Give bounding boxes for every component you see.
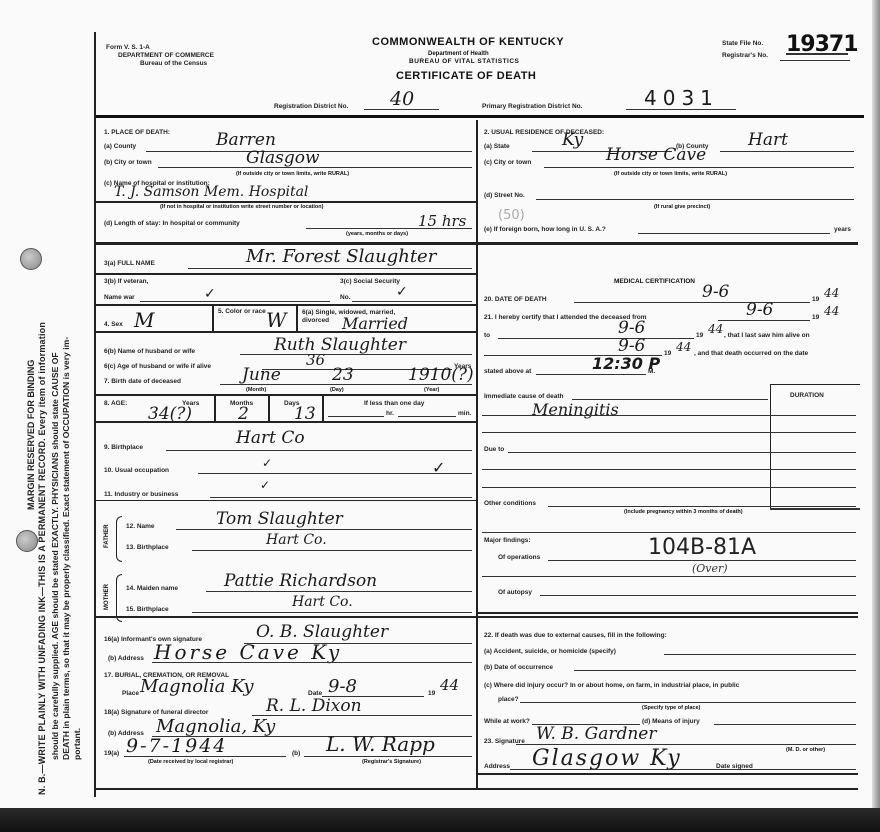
operations-line-2 — [482, 576, 856, 577]
res-state-label: (a) State — [484, 143, 510, 150]
due-to-line-2 — [482, 469, 856, 470]
last-saw-value: 9-6 — [618, 336, 645, 356]
instruction-line-4: portant. — [72, 728, 82, 760]
res-county-line — [720, 151, 854, 152]
name-divider — [96, 273, 476, 275]
res-city-note: (If outside city or town limits, write R… — [614, 171, 727, 177]
res-street-label: (d) Street No. — [484, 192, 525, 199]
ssn-label: 3(c) Social Security — [340, 278, 400, 285]
bureau-vital-statistics: BUREAU OF VITAL STATISTICS — [409, 58, 519, 65]
hospital-line — [96, 201, 476, 203]
attended-to-value: 9-6 — [618, 318, 645, 338]
res-street-line — [536, 199, 854, 200]
res-city-line — [544, 167, 854, 168]
age-label: 8. AGE: — [104, 400, 127, 407]
birth-divider — [96, 394, 476, 396]
death-city-line — [158, 167, 472, 168]
stay-note: (years, months or days) — [346, 231, 408, 237]
death-date-label: 20. DATE OF DEATH — [484, 296, 547, 303]
veteran-value: ✓ — [204, 286, 216, 302]
physician-sig-value: W. B. Gardner — [536, 724, 656, 744]
medical-divider-1 — [478, 612, 858, 614]
place-note: (Specify type of place) — [642, 705, 700, 711]
registrar-date-value: 9-7-1944 — [126, 735, 227, 757]
instruction-line-2: should be carefully supplied. AGE should… — [50, 352, 60, 760]
binding-hole-top — [20, 248, 42, 270]
bureau-census: Bureau of the Census — [140, 60, 207, 67]
page-shadow — [0, 808, 880, 832]
occurrence-line — [574, 670, 856, 671]
spouse-age-value: 36 — [306, 351, 325, 369]
mother-birthplace-value: Hart Co. — [292, 594, 353, 610]
residence-label: 2. USUAL RESIDENCE OF DECEASED: — [484, 129, 604, 136]
last-saw-year: 44 — [676, 340, 691, 354]
page-edge — [872, 0, 880, 808]
due-to-line-3 — [482, 487, 856, 488]
father-side-label: FATHER — [104, 524, 110, 548]
immediate-cause-value: Meningitis — [532, 400, 619, 419]
death-year-prefix: 19 — [812, 296, 819, 303]
birthplace-label: 9. Birthplace — [104, 444, 143, 451]
color-value: W — [266, 308, 287, 332]
medical-cert-title: MEDICAL CERTIFICATION — [614, 278, 695, 285]
other-conditions-line — [548, 506, 856, 507]
ssn-no-label: No. — [340, 294, 350, 301]
res-street-note: (If rural give precinct) — [654, 204, 710, 210]
due-to-label: Due to — [484, 446, 504, 453]
father-bracket — [116, 516, 122, 562]
reg-district-line — [364, 109, 439, 110]
to-label: to — [484, 332, 490, 339]
birthplace-value: Hart Co — [236, 428, 305, 448]
occupation-line — [198, 473, 472, 474]
operations-value: 104B-81A — [648, 535, 756, 560]
mother-birthplace-label: 15. Birthplace — [126, 606, 169, 613]
mother-name-value: Pattie Richardson — [224, 571, 377, 591]
cause-line-1 — [482, 415, 856, 416]
sex-divider — [212, 305, 214, 331]
occupation-value: ✓ — [262, 456, 272, 470]
at-work-label: While at work? — [484, 718, 530, 725]
spouse-value: Ruth Slaughter — [274, 335, 406, 355]
attended-from-year: 44 — [824, 304, 839, 318]
state-file-line — [786, 53, 848, 55]
place-of-death-label: 1. PLACE OF DEATH: — [104, 129, 170, 136]
industry-divider — [96, 500, 476, 501]
other-conditions-note: (Include pregnancy within 3 months of de… — [624, 509, 743, 515]
registrar-date-label: 19(a) — [104, 750, 119, 757]
informant-addr-label: (b) Address — [108, 655, 144, 662]
accident-label: (a) Accident, suicide, or homicide (spec… — [484, 648, 616, 655]
death-certificate-form: Form V. S. 1-A DEPARTMENT OF COMMERCE Bu… — [94, 32, 862, 797]
form-number: Form V. S. 1-A — [106, 44, 150, 51]
time-line — [536, 374, 646, 375]
burial-year-prefix: 19 — [428, 690, 435, 697]
duration-box — [770, 384, 860, 510]
certificate-page: MARGIN RESERVED FOR BINDING N. B.—WRITE … — [0, 0, 880, 808]
registrar-no-line — [780, 60, 850, 61]
mother-bracket — [116, 574, 122, 622]
ssn-value: ✓ — [396, 284, 408, 300]
spouse-label: 6(b) Name of husband or wife — [104, 348, 195, 355]
stay-line — [306, 228, 472, 229]
autopsy-label: Of autopsy — [498, 589, 532, 596]
death-city-value: Glasgow — [246, 148, 320, 168]
father-name-line — [176, 529, 472, 530]
binding-hole-bottom — [16, 530, 38, 552]
birth-label: 7. Birth date of deceased — [104, 378, 181, 385]
age-min-line — [398, 416, 456, 417]
physician-sig-note: (M. D. or other) — [786, 747, 825, 753]
department-health: Department of Health — [428, 51, 489, 57]
duration-box-bottom — [770, 508, 860, 510]
primary-district-value: 4031 — [644, 86, 719, 110]
primary-district-label: Primary Registration District No. — [482, 103, 582, 110]
sex-value: M — [134, 308, 154, 332]
death-city-label: (b) City or town — [104, 159, 152, 166]
death-year-value: 44 — [824, 286, 839, 300]
full-name-value: Mr. Forest Slaughter — [246, 246, 436, 267]
center-divider — [476, 120, 478, 790]
age-div-3 — [322, 395, 324, 421]
birth-line — [220, 384, 472, 385]
age-less-label: If less than one day — [364, 400, 424, 407]
burial-year-value: 44 — [440, 676, 459, 694]
age-div-1 — [214, 395, 216, 421]
informant-addr-value: Horse Cave Ky — [154, 640, 342, 664]
funeral-sig-value: R. L. Dixon — [266, 696, 362, 716]
attended-to-year: 44 — [708, 322, 723, 336]
form-bottom-border — [96, 788, 858, 790]
immediate-cause-label: Immediate cause of death — [484, 393, 563, 400]
physician-addr-label: Address — [484, 763, 510, 770]
res-city-value: Horse Cave — [606, 145, 706, 165]
informant-addr-line — [152, 662, 472, 663]
certificate-header: Form V. S. 1-A DEPARTMENT OF COMMERCE Bu… — [96, 32, 864, 118]
color-label: 5. Color or race — [218, 308, 266, 315]
industry-value: ✓ — [260, 478, 270, 492]
death-county-label: (a) County — [104, 143, 136, 150]
occupation-check: ✓ — [432, 458, 445, 477]
age-hr-line — [328, 416, 384, 417]
foreign-line — [638, 233, 830, 234]
funeral-sig-line — [252, 715, 472, 716]
physician-sig-line — [516, 744, 856, 745]
state-file-label: State File No. — [722, 40, 763, 47]
full-name-label: 3(a) FULL NAME — [104, 260, 155, 267]
res-state-value: Ky — [562, 130, 583, 150]
attended-to-line — [498, 338, 694, 339]
means-line — [714, 724, 856, 725]
attended-from-value: 9-6 — [746, 300, 773, 320]
birth-day: 23 — [332, 365, 354, 385]
birth-year-note: (Year) — [424, 387, 439, 393]
reg-district-label: Registration District No. — [274, 103, 348, 110]
cause-line-2 — [482, 432, 856, 433]
veteran-war-label: Name war — [104, 294, 135, 301]
veteran-divider — [96, 304, 476, 306]
foreign-suffix: years — [834, 226, 851, 233]
registrar-no-label: Registrar's No. — [722, 52, 768, 59]
instruction-line-3: DEATH in plain terms, so that it may be … — [61, 337, 71, 760]
primary-district-line — [626, 109, 736, 110]
birth-month-note: (Month) — [246, 387, 266, 393]
foreign-label: (e) If foreign born, how long in U. S. A… — [484, 226, 606, 233]
department-commerce: DEPARTMENT OF COMMERCE — [118, 52, 214, 59]
autopsy-line — [540, 595, 856, 596]
age-min-label: min. — [458, 410, 471, 417]
death-date-value: 9-6 — [702, 282, 729, 302]
date-signed-label: Date signed — [716, 763, 753, 770]
mother-name-label: 14. Maiden name — [126, 585, 178, 592]
reg-district-value: 40 — [390, 88, 414, 110]
birth-day-note: (Day) — [330, 387, 344, 393]
operations-line — [548, 560, 856, 561]
informant-sig-value: O. B. Slaughter — [256, 622, 388, 642]
accident-line — [664, 654, 856, 655]
instruction-line-1: N. B.—WRITE PLAINLY WITH UNFADING INK—TH… — [37, 322, 47, 795]
binding-notice: MARGIN RESERVED FOR BINDING — [26, 360, 36, 510]
left-margin: MARGIN RESERVED FOR BINDING N. B.—WRITE … — [0, 0, 88, 808]
last-saw-label: , that I last saw him alive on — [724, 332, 810, 339]
registrar-date-note: (Date received by local registrar) — [148, 759, 233, 765]
birth-month: June — [242, 365, 281, 385]
registrar-sig-note: (Registrar's Signature) — [362, 759, 421, 765]
attended-from-line — [718, 320, 810, 321]
funeral-addr-value: Magnolia, Ky — [156, 716, 275, 737]
death-occurred-label: , and that death occurred on the date — [694, 350, 808, 357]
sex-label: 4. Sex — [104, 321, 123, 328]
color-divider — [296, 305, 298, 331]
death-city-note: (If outside city or town limits, write R… — [236, 171, 349, 177]
age-divider — [96, 421, 476, 423]
attended-to-year-prefix: 19 — [696, 332, 703, 339]
veteran-label: 3(b) If veteran, — [104, 278, 148, 285]
funeral-sig-label: 18(a) Signature of funeral director — [104, 709, 208, 716]
major-findings-label: Major findings: — [484, 537, 531, 544]
father-name-label: 12. Name — [126, 523, 155, 530]
registrar-sig-label: (b) — [292, 750, 300, 757]
registrar-date-line — [124, 756, 286, 757]
veteran-line — [140, 301, 330, 302]
medical-bottom-border — [478, 773, 858, 775]
time-suffix: M. — [648, 368, 655, 375]
death-county-value: Barren — [216, 130, 276, 150]
external-label: 22. If death was due to external causes,… — [484, 632, 667, 639]
burial-place-label: Place — [122, 690, 139, 697]
stated-above-label: stated above at — [484, 368, 531, 375]
medical-divider-2 — [478, 616, 858, 618]
father-birthplace-line — [192, 550, 472, 551]
age-div-2 — [268, 395, 270, 421]
last-saw-year-prefix: 19 — [664, 350, 671, 357]
age-hr-label: hr. — [386, 410, 394, 417]
physician-addr-value: Glasgow Ky — [532, 746, 682, 771]
pencil-note: (50) — [498, 208, 525, 223]
due-to-line — [508, 452, 856, 453]
place-label: place? — [498, 696, 519, 703]
parents-divider — [96, 616, 476, 618]
burial-date-value: 9-8 — [328, 676, 357, 697]
section-divider-1 — [96, 242, 858, 245]
birth-year: 1910(?) — [408, 365, 474, 385]
duration-label: DURATION — [790, 392, 824, 399]
hospital-note: (If not in hospital or institution write… — [160, 204, 323, 210]
commonwealth-title: COMMONWEALTH OF KENTUCKY — [372, 36, 564, 48]
ssn-line — [352, 301, 472, 302]
spouse-age-label: 6(c) Age of husband or wife if alive — [104, 363, 211, 370]
registrar-sig-value: L. W. Rapp — [326, 732, 435, 756]
operations-sub: (Over) — [692, 562, 728, 575]
other-conditions-label: Other conditions — [484, 500, 536, 507]
operations-label: Of operations — [498, 554, 540, 561]
industry-line — [210, 497, 472, 498]
other-conditions-line-2 — [482, 532, 856, 533]
occupation-label: 10. Usual occupation — [104, 467, 169, 474]
mother-name-line — [206, 591, 472, 592]
res-county-value: Hart — [748, 130, 788, 150]
full-name-line — [188, 268, 472, 269]
attended-from-year-prefix: 19 — [812, 314, 819, 321]
father-birthplace-label: 13. Birthplace — [126, 544, 169, 551]
father-name-value: Tom Slaughter — [216, 509, 343, 529]
place-line — [520, 702, 856, 703]
father-birthplace-value: Hart Co. — [266, 532, 327, 548]
certificate-title: CERTIFICATE OF DEATH — [396, 70, 536, 82]
stay-label: (d) Length of stay: In hospital or commu… — [104, 220, 240, 227]
hospital-value: T. J. Samson Mem. Hospital — [114, 184, 308, 200]
registrar-sig-line — [304, 756, 472, 757]
occurrence-label: (b) Date of occurrence — [484, 664, 553, 671]
physician-addr-line — [510, 769, 856, 770]
industry-label: 11. Industry or business — [104, 491, 178, 498]
burial-place-value: Magnolia Ky — [140, 676, 254, 697]
sex-row-divider — [96, 331, 476, 333]
res-city-label: (c) City or town — [484, 159, 531, 166]
birthplace-line — [166, 450, 472, 451]
spouse-line — [240, 354, 472, 355]
death-date-line — [574, 302, 810, 303]
mother-side-label: MOTHER — [104, 584, 110, 610]
where-label: (c) Where did injury occur? In or about … — [484, 682, 739, 689]
mother-birthplace-line — [192, 612, 472, 613]
